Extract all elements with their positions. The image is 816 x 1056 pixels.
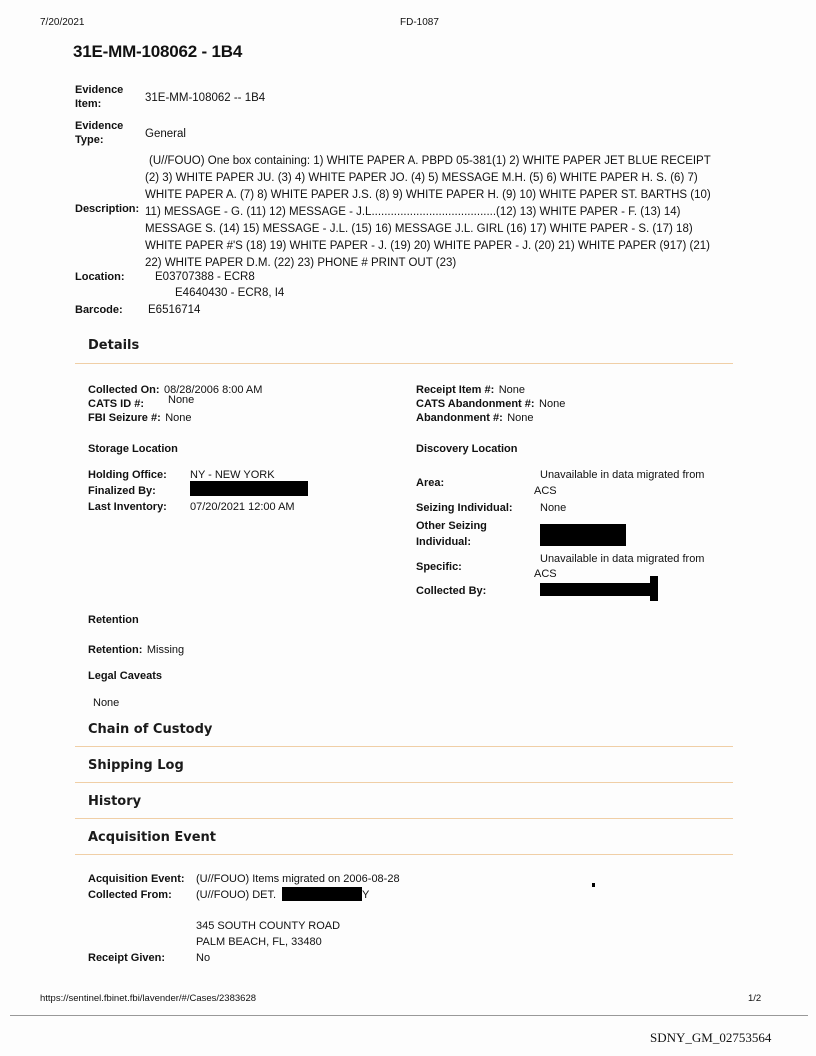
storage-location-title: Storage Location [88, 443, 178, 455]
receipt-given-value: No [196, 952, 210, 964]
other-seizing-label-line2: Individual: [416, 534, 487, 550]
section-shipping-log[interactable]: Shipping Log [88, 758, 184, 773]
cats-id-label: CATS ID #: [88, 398, 144, 410]
description-value: (U//FOUO) One box containing: 1) WHITE P… [145, 153, 745, 272]
section-divider [75, 782, 733, 783]
barcode-value: E6516714 [148, 304, 200, 316]
retention-value: Missing [147, 644, 184, 656]
collected-by-redaction-tail [650, 576, 658, 601]
collected-from-redaction [282, 887, 362, 901]
location-value-1: E03707388 - ECR8 [155, 271, 255, 283]
specific-label: Specific: [416, 561, 462, 573]
acquisition-event-label: Acquisition Event: [88, 873, 185, 885]
section-divider [75, 818, 733, 819]
holding-office-value: NY - NEW YORK [190, 469, 275, 481]
fbi-seizure-value: None [165, 412, 191, 424]
other-seizing-label-line1: Other Seizing [416, 518, 487, 534]
discovery-location-title: Discovery Location [416, 443, 517, 455]
address-line-2: PALM BEACH, FL, 33480 [196, 936, 322, 948]
section-details-title: Details [88, 338, 139, 353]
collected-from-prefix: (U//FOUO) DET. [196, 889, 276, 901]
abandonment-value: None [507, 412, 533, 424]
address-line-1: 345 SOUTH COUNTY ROAD [196, 920, 340, 932]
retention-row: Retention: Missing [88, 640, 184, 658]
area-value-line1: Unavailable in data migrated from [540, 469, 704, 481]
abandonment-label: Abandonment #: [416, 412, 503, 424]
evidence-type-value: General [145, 128, 186, 140]
collected-by-redaction [540, 583, 650, 596]
description-line: 22) WHITE PAPER D.M. (22) 23) PHONE # PR… [145, 255, 745, 272]
description-line: 11) MESSAGE - G. (11) 12) MESSAGE - J.L.… [145, 204, 745, 221]
collected-from-suffix: Y [362, 889, 369, 901]
cats-abandonment-value: None [539, 398, 565, 410]
other-seizing-redaction [540, 524, 626, 546]
description-line: WHITE PAPER A. (7) 8) WHITE PAPER J.S. (… [145, 187, 745, 204]
description-line: WHITE PAPER #'S (18) 19) WHITE PAPER - J… [145, 238, 745, 255]
finalized-by-label: Finalized By: [88, 485, 156, 497]
footer-url: https://sentinel.fbinet.fbi/lavender/#/C… [40, 993, 256, 1004]
last-inventory-value: 07/20/2021 12:00 AM [190, 501, 295, 513]
finalized-by-redaction [190, 481, 308, 496]
cats-id-value: None [168, 394, 194, 406]
section-acquisition-event[interactable]: Acquisition Event [88, 830, 216, 845]
retention-title: Retention [88, 614, 139, 626]
page-title: 31E-MM-108062 - 1B4 [73, 42, 242, 62]
section-divider [75, 854, 733, 855]
bates-number: SDNY_GM_02753564 [650, 1030, 771, 1046]
seizing-individual-label: Seizing Individual: [416, 502, 513, 514]
retention-label: Retention: [88, 644, 142, 656]
evidence-type-label: Evidence Type: [75, 120, 123, 147]
legal-caveats-title: Legal Caveats [88, 670, 162, 682]
description-line: (2) 3) WHITE PAPER JU. (3) 4) WHITE PAPE… [145, 170, 745, 187]
holding-office-label: Holding Office: [88, 469, 167, 481]
collected-from-label: Collected From: [88, 889, 172, 901]
details-right-column: Receipt Item #: None CATS Abandonment #:… [416, 380, 736, 422]
location-value-2: E4640430 - ECR8, I4 [175, 287, 284, 299]
legal-caveats-value: None [93, 697, 119, 709]
section-divider [75, 363, 733, 364]
fbi-seizure-label: FBI Seizure #: [88, 412, 161, 424]
last-inventory-label: Last Inventory: [88, 501, 167, 513]
area-value-line2: ACS [534, 485, 557, 497]
barcode-label: Barcode: [75, 304, 123, 318]
receipt-given-label: Receipt Given: [88, 952, 165, 964]
section-divider [75, 746, 733, 747]
collected-by-label: Collected By: [416, 585, 486, 597]
section-history[interactable]: History [88, 794, 141, 809]
evidence-type-label-line2: Type: [75, 134, 123, 148]
evidence-item-label: Evidence Item: [75, 84, 123, 111]
specific-value-line1: Unavailable in data migrated from [540, 553, 704, 565]
footer-divider [10, 1015, 808, 1016]
stray-mark [592, 883, 595, 887]
acquisition-event-value: (U//FOUO) Items migrated on 2006-08-28 [196, 873, 400, 885]
evidence-item-label-line1: Evidence [75, 84, 123, 98]
description-line: (U//FOUO) One box containing: 1) WHITE P… [145, 153, 745, 170]
details-left-column: Collected On: 08/28/2006 8:00 AM CATS ID… [88, 380, 388, 422]
description-label: Description: [75, 203, 139, 215]
evidence-item-value: 31E-MM-108062 -- 1B4 [145, 92, 265, 104]
specific-value-line2: ACS [534, 568, 557, 580]
form-id: FD-1087 [400, 17, 439, 28]
evidence-item-label-line2: Item: [75, 98, 123, 112]
other-seizing-label: Other Seizing Individual: [416, 518, 487, 550]
location-label: Location: [75, 271, 125, 285]
area-label: Area: [416, 477, 444, 489]
description-line: MESSAGE S. (14) 15) MESSAGE - J.L. (15) … [145, 221, 745, 238]
print-date: 7/20/2021 [40, 17, 85, 28]
page-number: 1/2 [748, 993, 761, 1004]
evidence-type-label-line1: Evidence [75, 120, 123, 134]
seizing-individual-value: None [540, 502, 566, 514]
section-chain-of-custody[interactable]: Chain of Custody [88, 722, 212, 737]
